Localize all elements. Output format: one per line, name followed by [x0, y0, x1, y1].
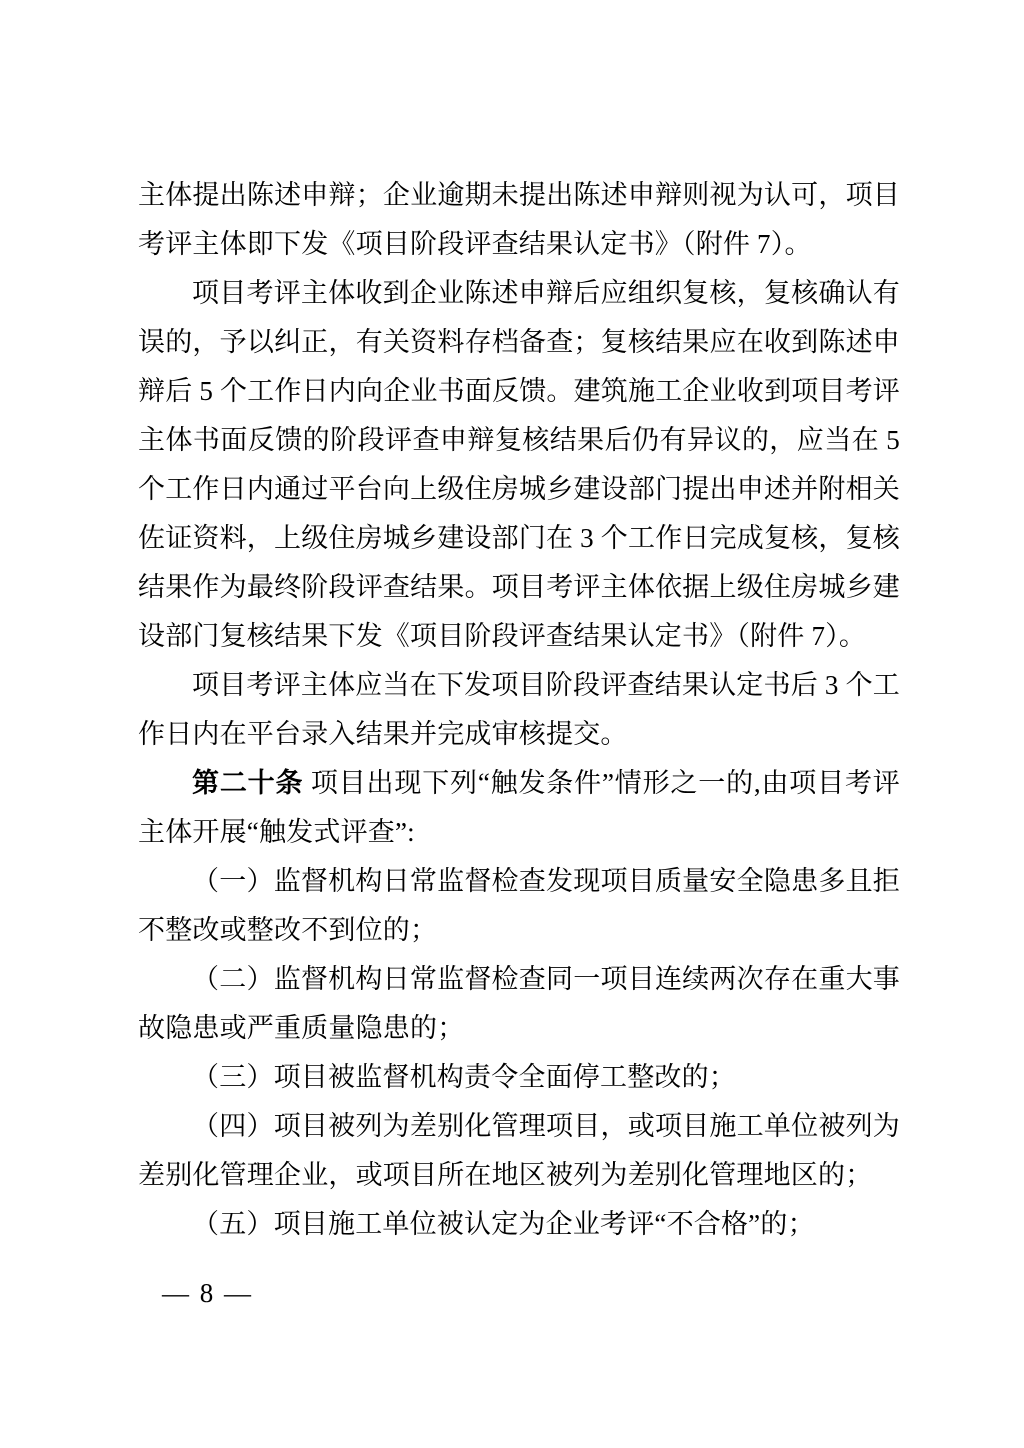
- page-number: — 8 —: [162, 1276, 253, 1310]
- paragraph: （二）监督机构日常监督检查同一项目连续两次存在重大事故隐患或严重质量隐患的；: [138, 955, 900, 1053]
- paragraph-text: 项目考评主体收到企业陈述申辩后应组织复核，复核确认有误的，予以纠正，有关资料存档…: [138, 278, 900, 651]
- paragraph: 项目考评主体应当在下发项目阶段评查结果认定书后 3 个工作日内在平台录入结果并完…: [138, 661, 900, 759]
- paragraph-text: （四）项目被列为差别化管理项目，或项目施工单位被列为差别化管理企业，或项目所在地…: [138, 1111, 900, 1190]
- document-page: 主体提出陈述申辩；企业逾期未提出陈述申辩则视为认可，项目考评主体即下发《项目阶段…: [0, 0, 1024, 1448]
- article-number-bold: 第二十条: [192, 768, 303, 798]
- paragraph-text: （一）监督机构日常监督检查发现项目质量安全隐患多且拒不整改或整改不到位的；: [138, 866, 900, 945]
- paragraph-text: （五）项目施工单位被认定为企业考评“不合格”的；: [192, 1209, 815, 1239]
- paragraph: （五）项目施工单位被认定为企业考评“不合格”的；: [138, 1200, 900, 1249]
- paragraph: （三）项目被监督机构责令全面停工整改的；: [138, 1053, 900, 1102]
- paragraph: 项目考评主体收到企业陈述申辩后应组织复核，复核确认有误的，予以纠正，有关资料存档…: [138, 269, 900, 661]
- paragraph: 主体提出陈述申辩；企业逾期未提出陈述申辩则视为认可，项目考评主体即下发《项目阶段…: [138, 171, 900, 269]
- paragraph: （四）项目被列为差别化管理项目，或项目施工单位被列为差别化管理企业，或项目所在地…: [138, 1102, 900, 1200]
- paragraph-text: 主体提出陈述申辩；企业逾期未提出陈述申辩则视为认可，项目考评主体即下发《项目阶段…: [138, 180, 900, 259]
- paragraph: （一）监督机构日常监督检查发现项目质量安全隐患多且拒不整改或整改不到位的；: [138, 857, 900, 955]
- paragraph-text: （二）监督机构日常监督检查同一项目连续两次存在重大事故隐患或严重质量隐患的；: [138, 964, 900, 1043]
- document-body: 主体提出陈述申辩；企业逾期未提出陈述申辩则视为认可，项目考评主体即下发《项目阶段…: [138, 171, 900, 1249]
- paragraph: 第二十条 项目出现下列“触发条件”情形之一的,由项目考评主体开展“触发式评查”:: [138, 759, 900, 857]
- paragraphs-container: 主体提出陈述申辩；企业逾期未提出陈述申辩则视为认可，项目考评主体即下发《项目阶段…: [138, 171, 900, 1249]
- paragraph-text: 项目考评主体应当在下发项目阶段评查结果认定书后 3 个工作日内在平台录入结果并完…: [138, 670, 900, 749]
- paragraph-text: （三）项目被监督机构责令全面停工整改的；: [192, 1062, 736, 1092]
